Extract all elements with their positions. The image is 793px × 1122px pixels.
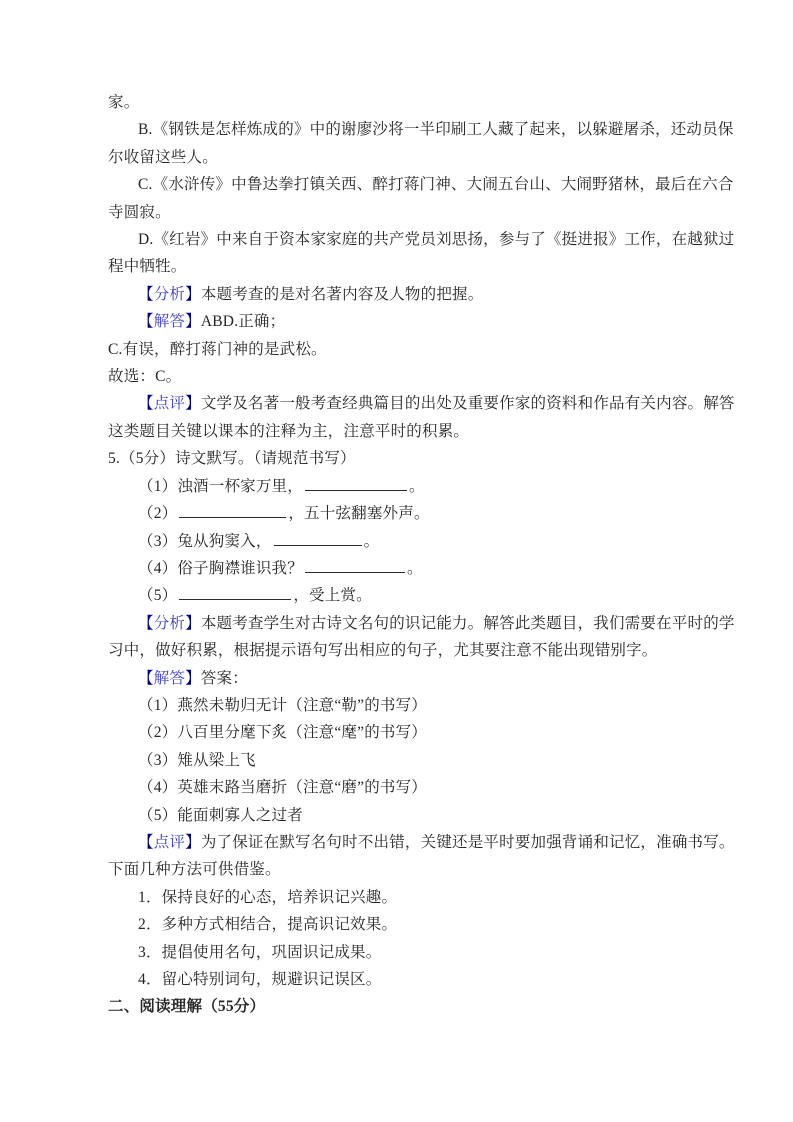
marker-label: 解答 <box>154 670 185 687</box>
text-run: ABD.正确； <box>201 313 286 330</box>
text-run: B.《钢铁是怎样炼成的》中的谢廖沙将一半印刷工人藏了起来，以躲避屠杀，还动员保 <box>138 121 734 138</box>
doc-line: 5.（5分）诗文默写。（请规范书写） <box>108 445 690 472</box>
doc-line: 1．保持良好的心态，培养识记兴趣。 <box>108 884 690 911</box>
doc-line: 【解答】答案： <box>108 665 690 692</box>
marker-bracket-open: 【 <box>138 834 154 851</box>
text-run: C.《水浒传》中鲁达拳打镇关西、醉打蒋门神、大闹五台山、大闹野猪林，最后在六合 <box>138 176 734 193</box>
answer-blank <box>274 529 362 546</box>
doc-line: 4．留心特别词句，规避识记误区。 <box>108 966 690 993</box>
text-run: 二、阅读理解（55分） <box>108 998 265 1015</box>
doc-line: 【分析】本题考查的是对名著内容及人物的把握。 <box>108 281 690 308</box>
text-run: （5）能面刺寡人之过者 <box>138 807 303 824</box>
doc-line: 下面几种方法可供借鉴。 <box>108 856 690 883</box>
doc-line: D.《红岩》中来自于资本家家庭的共产党员刘思扬，参与了《挺进报》工作，在越狱过 <box>108 226 690 253</box>
doc-line: C.《水浒传》中鲁达拳打镇关西、醉打蒋门神、大闹五台山、大闹野猪林，最后在六合 <box>108 171 690 198</box>
text-run: 尔收留这些人。 <box>108 149 218 166</box>
doc-line: 程中牺牲。 <box>108 253 690 280</box>
text-run: 。 <box>409 478 425 495</box>
text-run: 文学及名著一般考查经典篇目的出处及重要作家的资料和作品有关内容。解答 <box>201 395 735 412</box>
text-run: 程中牺牲。 <box>108 258 187 275</box>
text-run: （2）八百里分麾下炙（注意“麾”的书写） <box>138 724 427 741</box>
doc-line: 习中，做好积累，根据提示语句写出相应的句子，尤其要注意不能出现错别字。 <box>108 637 690 664</box>
answer-blank <box>179 584 291 601</box>
text-run: 。 <box>364 533 380 550</box>
answer-blank <box>305 556 405 573</box>
marker-bracket-open: 【 <box>138 395 154 412</box>
text-run: 习中，做好积累，根据提示语句写出相应的句子，尤其要注意不能出现错别字。 <box>108 642 658 659</box>
doc-line: （4）英雄末路当磨折（注意“磨”的书写） <box>108 774 690 801</box>
text-run: C.有误，醉打蒋门神的是武松。 <box>108 341 327 358</box>
text-run: （3）兔从狗窦入， <box>138 533 272 550</box>
doc-line: 尔收留这些人。 <box>108 144 690 171</box>
text-run: 为了保证在默写名句时不出错，关键还是平时要加强背诵和记忆，准确书写。 <box>201 834 735 851</box>
section-heading: 二、阅读理解（55分） <box>108 993 690 1020</box>
marker-bracket-close: 】 <box>185 670 201 687</box>
text-run: 2．多种方式相结合，提高识记效果。 <box>138 916 397 933</box>
analysis-marker: 【分析】 <box>138 286 201 303</box>
doc-line: 这类题目关键以课本的注释为主，注意平时的积累。 <box>108 418 690 445</box>
text-run: ，五十弦翻塞外声。 <box>288 505 429 522</box>
text-run: D.《红岩》中来自于资本家家庭的共产党员刘思扬，参与了《挺进报》工作，在越狱过 <box>138 231 734 248</box>
doc-line: （3）兔从狗窦入，。 <box>108 528 690 555</box>
doc-line: 【分析】本题考查学生对古诗文名句的识记能力。解答此类题目，我们需要在平时的学 <box>108 610 690 637</box>
comment-marker: 【点评】 <box>138 395 201 412</box>
marker-label: 点评 <box>154 834 185 851</box>
text-run: 本题考查的是对名著内容及人物的把握。 <box>201 286 484 303</box>
marker-bracket-close: 】 <box>185 286 201 303</box>
text-run: 答案： <box>201 670 248 687</box>
text-run: （2） <box>138 505 177 522</box>
analysis-marker: 【分析】 <box>138 615 201 632</box>
doc-line: （4）俗子胸襟谁识我？。 <box>108 555 690 582</box>
text-run: （4）俗子胸襟谁识我？ <box>138 560 303 577</box>
marker-bracket-close: 】 <box>185 834 201 851</box>
text-run: 1．保持良好的心态，培养识记兴趣。 <box>138 889 397 906</box>
marker-bracket-open: 【 <box>138 615 154 632</box>
doc-line: 寺圆寂。 <box>108 199 690 226</box>
doc-line: （5）能面刺寡人之过者 <box>108 802 690 829</box>
marker-bracket-open: 【 <box>138 313 154 330</box>
marker-bracket-close: 】 <box>185 313 201 330</box>
doc-line: 2．多种方式相结合，提高识记效果。 <box>108 911 690 938</box>
text-run: 寺圆寂。 <box>108 204 171 221</box>
doc-line: （2），五十弦翻塞外声。 <box>108 500 690 527</box>
answer-marker: 【解答】 <box>138 670 201 687</box>
answer-marker: 【解答】 <box>138 313 201 330</box>
doc-line: 【点评】为了保证在默写名句时不出错，关键还是平时要加强背诵和记忆，准确书写。 <box>108 829 690 856</box>
text-run: （4）英雄末路当磨折（注意“磨”的书写） <box>138 779 427 796</box>
text-run: 故选：C。 <box>108 368 181 385</box>
doc-line: 【解答】ABD.正确； <box>108 308 690 335</box>
doc-line: C.有误，醉打蒋门神的是武松。 <box>108 336 690 363</box>
comment-marker: 【点评】 <box>138 834 201 851</box>
marker-bracket-close: 】 <box>185 615 201 632</box>
text-run: 本题考查学生对古诗文名句的识记能力。解答此类题目，我们需要在平时的学 <box>201 615 735 632</box>
doc-line: （3）雉从梁上飞 <box>108 747 690 774</box>
doc-line: B.《钢铁是怎样炼成的》中的谢廖沙将一半印刷工人藏了起来，以躲避屠杀，还动员保 <box>108 116 690 143</box>
marker-label: 解答 <box>154 313 185 330</box>
doc-line: （1）浊酒一杯家万里，。 <box>108 473 690 500</box>
document-page: 家。B.《钢铁是怎样炼成的》中的谢廖沙将一半印刷工人藏了起来，以躲避屠杀，还动员… <box>0 0 793 1122</box>
text-run: （3）雉从梁上飞 <box>138 752 256 769</box>
doc-line: （5），受上赏。 <box>108 582 690 609</box>
answer-blank <box>179 502 286 519</box>
doc-line: （2）八百里分麾下炙（注意“麾”的书写） <box>108 719 690 746</box>
text-run: 家。 <box>108 94 139 111</box>
marker-bracket-close: 】 <box>185 395 201 412</box>
text-run: 这类题目关键以课本的注释为主，注意平时的积累。 <box>108 423 469 440</box>
marker-bracket-open: 【 <box>138 286 154 303</box>
marker-label: 分析 <box>154 286 185 303</box>
text-run: （1）燕然未勒归无计（注意“勒”的书写） <box>138 697 427 714</box>
text-run: 5.（5分）诗文默写。（请规范书写） <box>108 450 356 467</box>
text-run: 下面几种方法可供借鉴。 <box>108 861 281 878</box>
marker-label: 分析 <box>154 615 185 632</box>
document-body: 家。B.《钢铁是怎样炼成的》中的谢廖沙将一半印刷工人藏了起来，以躲避屠杀，还动员… <box>108 89 690 1021</box>
marker-bracket-open: 【 <box>138 670 154 687</box>
text-run: 4．留心特别词句，规避识记误区。 <box>138 971 381 988</box>
marker-label: 点评 <box>154 395 185 412</box>
doc-line: （1）燕然未勒归无计（注意“勒”的书写） <box>108 692 690 719</box>
text-run: （5） <box>138 587 177 604</box>
answer-blank <box>305 474 407 491</box>
doc-line: 【点评】文学及名著一般考查经典篇目的出处及重要作家的资料和作品有关内容。解答 <box>108 390 690 417</box>
doc-line: 家。 <box>108 89 690 116</box>
text-run: 3．提倡使用名句，巩固识记成果。 <box>138 944 381 961</box>
doc-line: 故选：C。 <box>108 363 690 390</box>
text-run: 。 <box>407 560 423 577</box>
text-run: （1）浊酒一杯家万里， <box>138 478 303 495</box>
doc-line: 3．提倡使用名句，巩固识记成果。 <box>108 939 690 966</box>
text-run: ，受上赏。 <box>293 587 372 604</box>
